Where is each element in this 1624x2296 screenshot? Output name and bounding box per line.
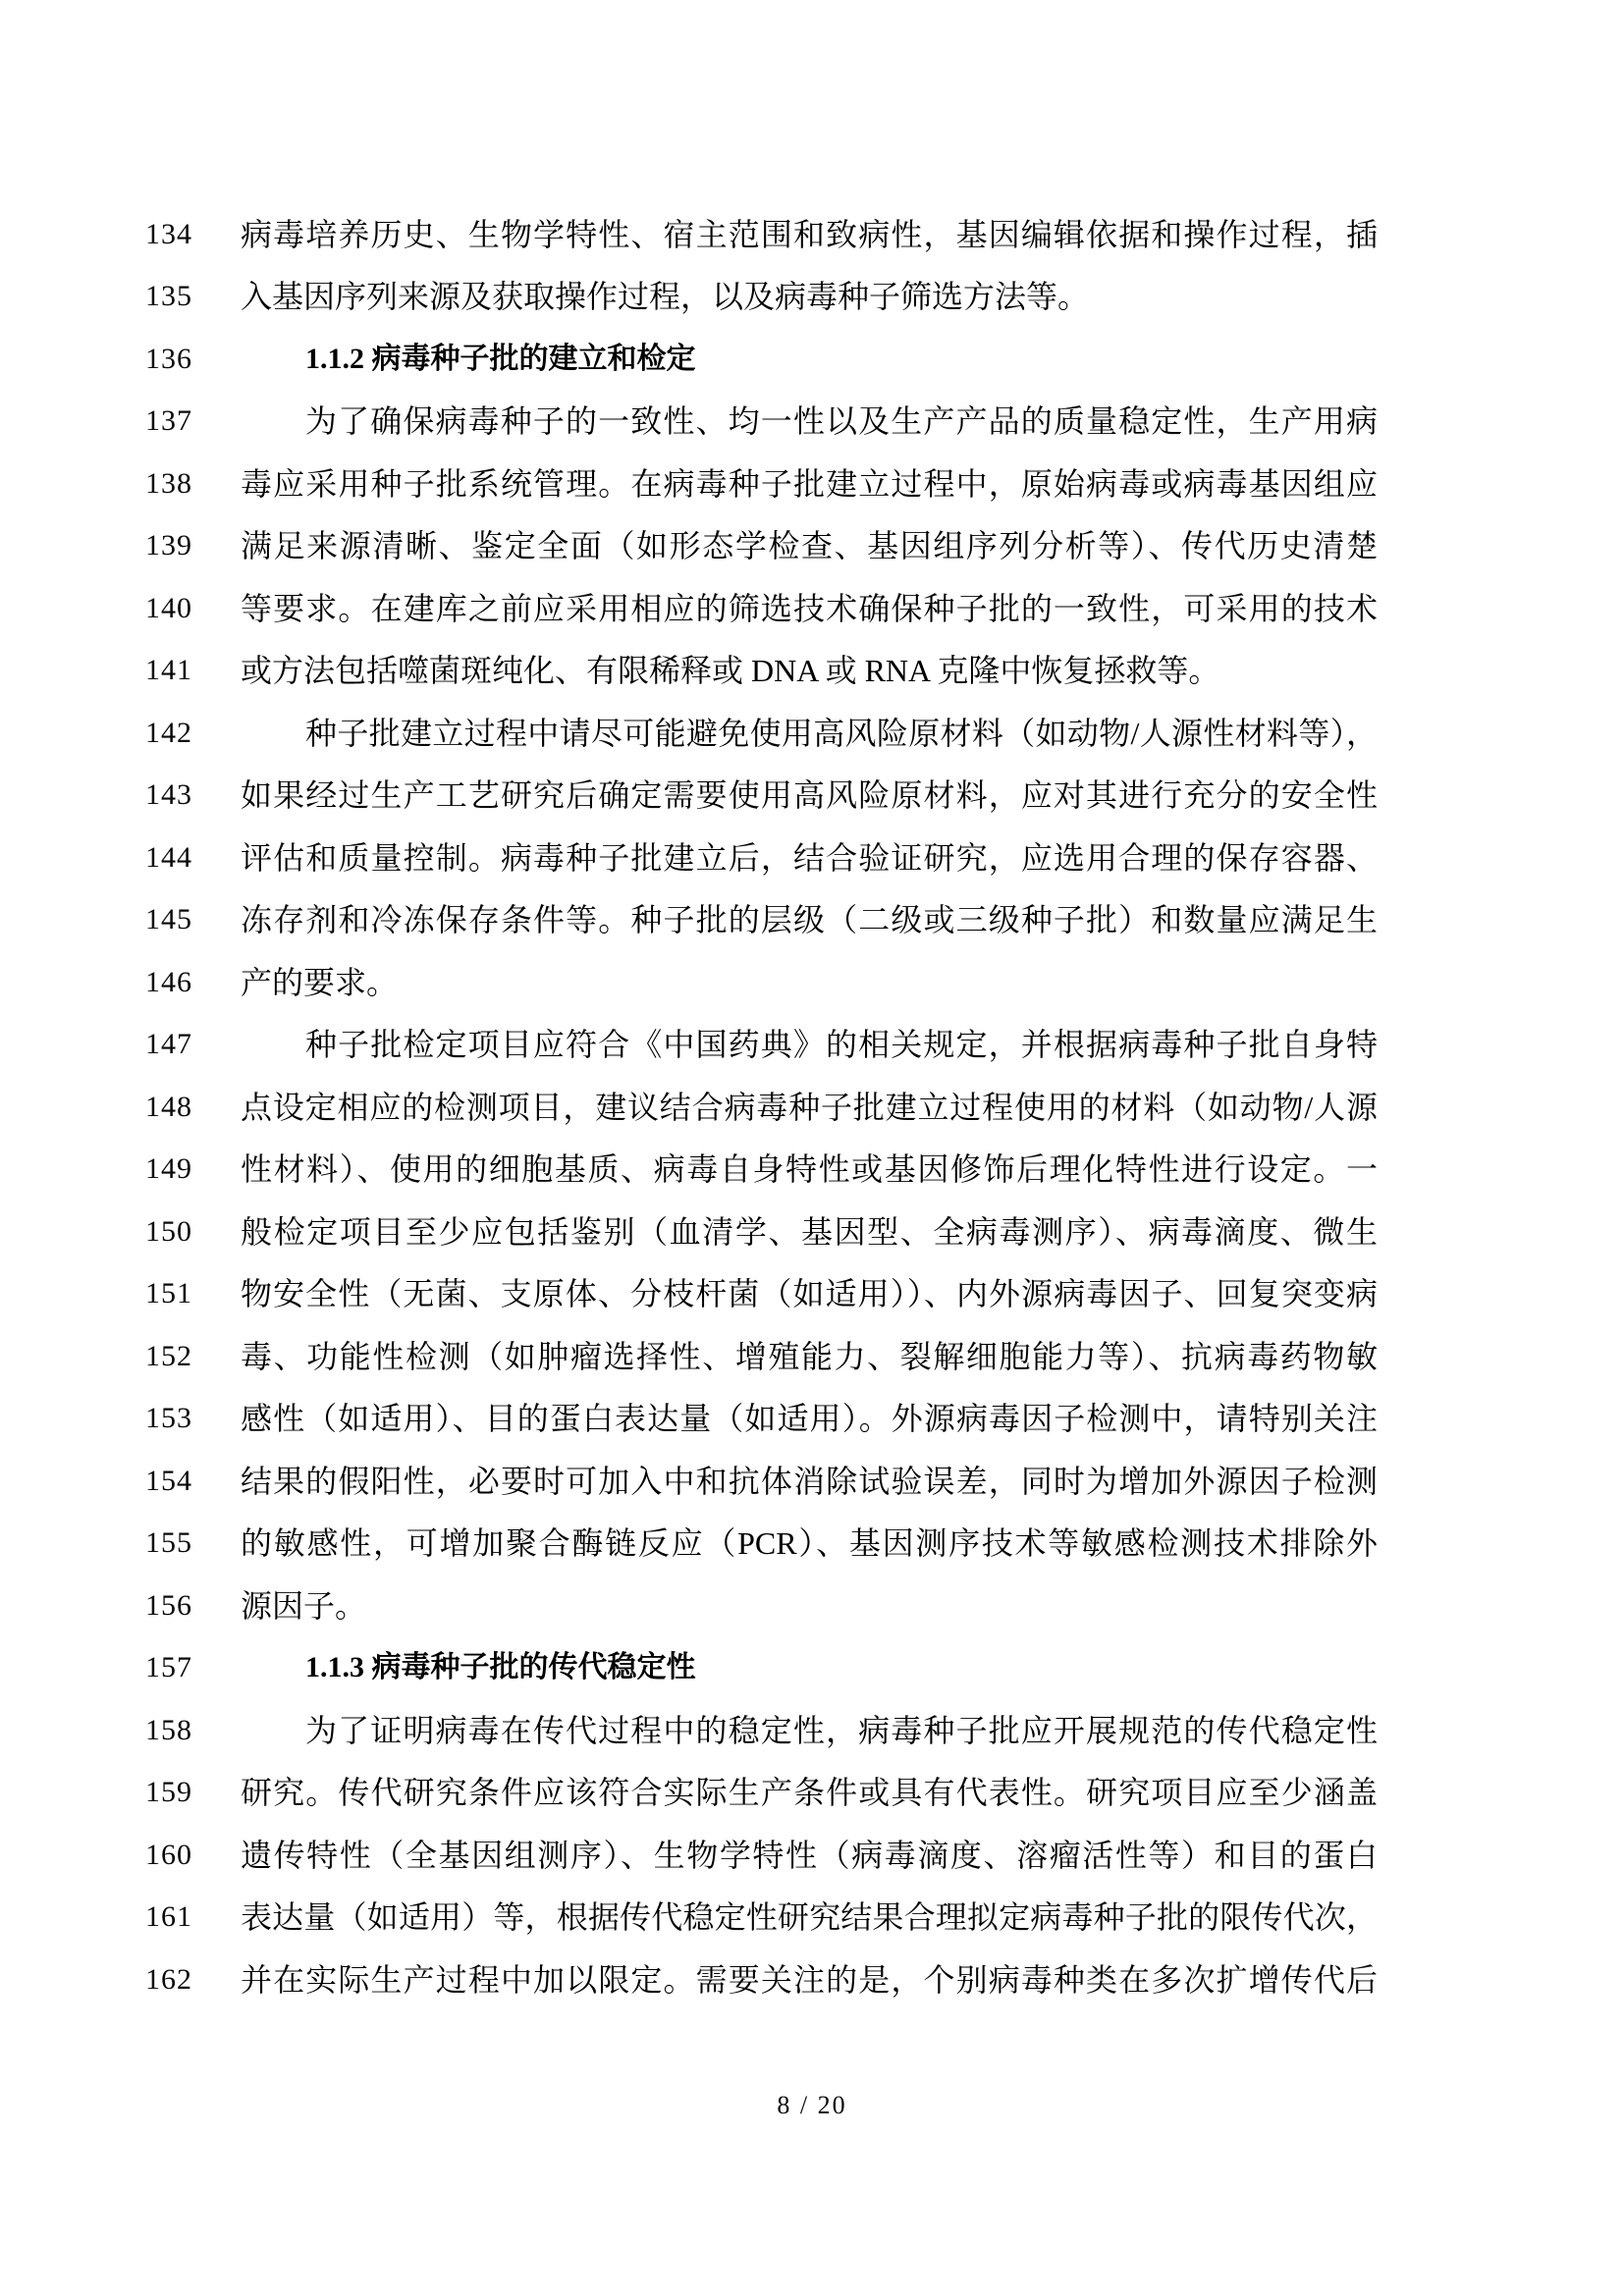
line-number: 150 <box>145 1215 208 1249</box>
line-text: 毒、功能性检测（如肿瘤选择性、增殖能力、裂解细胞能力等）、抗病毒药物敏 <box>241 1338 1378 1375</box>
document-line: 159 研究。传代研究条件应该符合实际生产条件或具有代表性。研究项目应至少涵盖 <box>0 1762 1624 1825</box>
line-text: 遗传特性（全基因组测序）、生物学特性（病毒滴度、溶瘤活性等）和目的蛋白 <box>241 1837 1378 1874</box>
line-number: 135 <box>145 280 208 313</box>
document-line: 147 种子批检定项目应符合《中国药典》的相关规定，并根据病毒种子批自身特 <box>0 1014 1624 1077</box>
document-line: 148 点设定相应的检测项目，建议结合病毒种子批建立过程使用的材料（如动物/人源 <box>0 1076 1624 1139</box>
line-text: 表达量（如适用）等，根据传代稳定性研究结果合理拟定病毒种子批的限传代次， <box>241 1898 1378 1936</box>
document-line: 154 结果的假阳性，必要时可加入中和抗体消除试验误差，同时为增加外源因子检测 <box>0 1450 1624 1513</box>
line-number: 140 <box>145 592 208 625</box>
line-text: 评估和质量控制。病毒种子批建立后，结合验证研究，应选用合理的保存容器、 <box>241 839 1378 877</box>
line-number: 155 <box>145 1526 208 1560</box>
line-number: 138 <box>145 467 208 501</box>
document-page: 134 病毒培养历史、生物学特性、宿主范围和致病性，基因编辑依据和操作过程，插 … <box>0 0 1624 2296</box>
document-line: 155 的敏感性，可增加聚合酶链反应（PCR）、基因测序技术等敏感检测技术排除外 <box>0 1513 1624 1575</box>
line-text: 物安全性（无菌、支原体、分枝杆菌（如适用））、内外源病毒因子、回复突变病 <box>241 1275 1378 1312</box>
line-number: 151 <box>145 1277 208 1310</box>
document-line: 152 毒、功能性检测（如肿瘤选择性、增殖能力、裂解细胞能力等）、抗病毒药物敏 <box>0 1325 1624 1388</box>
line-number: 146 <box>145 966 208 999</box>
line-text: 冻存剂和冷冻保存条件等。种子批的层级（二级或三级种子批）和数量应满足生 <box>241 901 1378 938</box>
line-number: 159 <box>145 1776 208 1809</box>
document-line: 156 源因子。 <box>0 1575 1624 1637</box>
line-text: 入基因序列来源及获取操作过程，以及病毒种子筛选方法等。 <box>241 278 1378 315</box>
line-text: 满足来源清晰、鉴定全面（如形态学检查、基因组序列分析等）、传代历史清楚 <box>241 527 1378 564</box>
line-text: 点设定相应的检测项目，建议结合病毒种子批建立过程使用的材料（如动物/人源 <box>241 1089 1378 1126</box>
document-line: 134 病毒培养历史、生物学特性、宿主范围和致病性，基因编辑依据和操作过程，插 <box>0 203 1624 266</box>
line-number: 153 <box>145 1402 208 1435</box>
line-text: 的敏感性，可增加聚合酶链反应（PCR）、基因测序技术等敏感检测技术排除外 <box>241 1524 1378 1562</box>
line-number: 137 <box>145 404 208 438</box>
line-text: 为了证明病毒在传代过程中的稳定性，病毒种子批应开展规范的传代稳定性 <box>241 1712 1378 1749</box>
line-number: 136 <box>145 343 208 376</box>
page-number-indicator: 8 / 20 <box>777 2091 846 2119</box>
document-line: 161 表达量（如适用）等，根据传代稳定性研究结果合理拟定病毒种子批的限传代次， <box>0 1887 1624 1949</box>
line-text: 源因子。 <box>241 1587 1378 1625</box>
document-line: 142 种子批建立过程中请尽可能避免使用高风险原材料（如动物/人源性材料等）， <box>0 702 1624 765</box>
document-line: 158 为了证明病毒在传代过程中的稳定性，病毒种子批应开展规范的传代稳定性 <box>0 1699 1624 1762</box>
line-number: 144 <box>145 841 208 875</box>
line-text: 并在实际生产过程中加以限定。需要关注的是，个别病毒种类在多次扩增传代后 <box>241 1961 1378 1999</box>
document-line: 146 产的要求。 <box>0 951 1624 1014</box>
line-number: 156 <box>145 1589 208 1623</box>
line-text: 病毒培养历史、生物学特性、宿主范围和致病性，基因编辑依据和操作过程，插 <box>241 216 1378 253</box>
line-text: 感性（如适用）、目的蛋白表达量（如适用）。外源病毒因子检测中，请特别关注 <box>241 1400 1378 1437</box>
page-footer: 8 / 20 <box>0 2091 1624 2120</box>
line-number: 142 <box>145 717 208 750</box>
line-text: 毒应采用种子批系统管理。在病毒种子批建立过程中，原始病毒或病毒基因组应 <box>241 465 1378 503</box>
document-line: 137 为了确保病毒种子的一致性、均一性以及生产产品的质量稳定性，生产用病 <box>0 391 1624 454</box>
document-line: 153 感性（如适用）、目的蛋白表达量（如适用）。外源病毒因子检测中，请特别关注 <box>0 1388 1624 1451</box>
line-number: 141 <box>145 654 208 687</box>
line-text: 如果经过生产工艺研究后确定需要使用高风险原材料，应对其进行充分的安全性 <box>241 776 1378 814</box>
line-number: 145 <box>145 903 208 936</box>
line-number: 161 <box>145 1900 208 1934</box>
section-heading: 1.1.2 病毒种子批的建立和检定 <box>241 342 1378 377</box>
line-number: 147 <box>145 1028 208 1061</box>
line-text: 性材料）、使用的细胞基质、病毒自身特性或基因修饰后理化特性进行设定。一 <box>241 1150 1378 1188</box>
document-line: 151 物安全性（无菌、支原体、分枝杆菌（如适用））、内外源病毒因子、回复突变病 <box>0 1263 1624 1326</box>
line-text: 种子批检定项目应符合《中国药典》的相关规定，并根据病毒种子批自身特 <box>241 1026 1378 1063</box>
document-line: 144 评估和质量控制。病毒种子批建立后，结合验证研究，应选用合理的保存容器、 <box>0 827 1624 889</box>
document-line: 138 毒应采用种子批系统管理。在病毒种子批建立过程中，原始病毒或病毒基因组应 <box>0 453 1624 515</box>
document-line: 160 遗传特性（全基因组测序）、生物学特性（病毒滴度、溶瘤活性等）和目的蛋白 <box>0 1824 1624 1887</box>
line-number: 134 <box>145 218 208 251</box>
document-line: 150 般检定项目至少应包括鉴别（血清学、基因型、全病毒测序）、病毒滴度、微生 <box>0 1201 1624 1263</box>
line-number: 160 <box>145 1839 208 1872</box>
line-text: 产的要求。 <box>241 964 1378 1001</box>
line-number: 157 <box>145 1651 208 1684</box>
line-number: 154 <box>145 1465 208 1498</box>
section-heading: 1.1.3 病毒种子批的传代稳定性 <box>241 1650 1378 1685</box>
document-line: 157 1.1.3 病毒种子批的传代稳定性 <box>0 1637 1624 1700</box>
line-text: 为了确保病毒种子的一致性、均一性以及生产产品的质量稳定性，生产用病 <box>241 402 1378 440</box>
line-number: 162 <box>145 1963 208 1997</box>
line-number: 149 <box>145 1152 208 1186</box>
line-number: 143 <box>145 778 208 812</box>
document-body: 134 病毒培养历史、生物学特性、宿主范围和致病性，基因编辑依据和操作过程，插 … <box>0 203 1624 2011</box>
document-line: 140 等要求。在建库之前应采用相应的筛选技术确保种子批的一致性，可采用的技术 <box>0 577 1624 640</box>
line-text: 结果的假阳性，必要时可加入中和抗体消除试验误差，同时为增加外源因子检测 <box>241 1463 1378 1500</box>
line-text: 研究。传代研究条件应该符合实际生产条件或具有代表性。研究项目应至少涵盖 <box>241 1774 1378 1811</box>
line-text: 或方法包括噬菌斑纯化、有限稀释或 DNA 或 RNA 克隆中恢复拯救等。 <box>241 652 1378 689</box>
line-number: 139 <box>145 529 208 562</box>
document-line: 143 如果经过生产工艺研究后确定需要使用高风险原材料，应对其进行充分的安全性 <box>0 765 1624 828</box>
line-number: 152 <box>145 1340 208 1373</box>
line-text: 等要求。在建库之前应采用相应的筛选技术确保种子批的一致性，可采用的技术 <box>241 590 1378 627</box>
document-line: 139 满足来源清晰、鉴定全面（如形态学检查、基因组序列分析等）、传代历史清楚 <box>0 515 1624 578</box>
document-line: 136 1.1.2 病毒种子批的建立和检定 <box>0 328 1624 391</box>
line-number: 148 <box>145 1091 208 1124</box>
document-line: 141 或方法包括噬菌斑纯化、有限稀释或 DNA 或 RNA 克隆中恢复拯救等。 <box>0 640 1624 703</box>
document-line: 162 并在实际生产过程中加以限定。需要关注的是，个别病毒种类在多次扩增传代后 <box>0 1949 1624 2011</box>
line-number: 158 <box>145 1714 208 1747</box>
line-text: 般检定项目至少应包括鉴别（血清学、基因型、全病毒测序）、病毒滴度、微生 <box>241 1213 1378 1251</box>
document-line: 145 冻存剂和冷冻保存条件等。种子批的层级（二级或三级种子批）和数量应满足生 <box>0 889 1624 952</box>
document-line: 135 入基因序列来源及获取操作过程，以及病毒种子筛选方法等。 <box>0 266 1624 329</box>
document-line: 149 性材料）、使用的细胞基质、病毒自身特性或基因修饰后理化特性进行设定。一 <box>0 1139 1624 1201</box>
line-text: 种子批建立过程中请尽可能避免使用高风险原材料（如动物/人源性材料等）， <box>241 715 1378 752</box>
